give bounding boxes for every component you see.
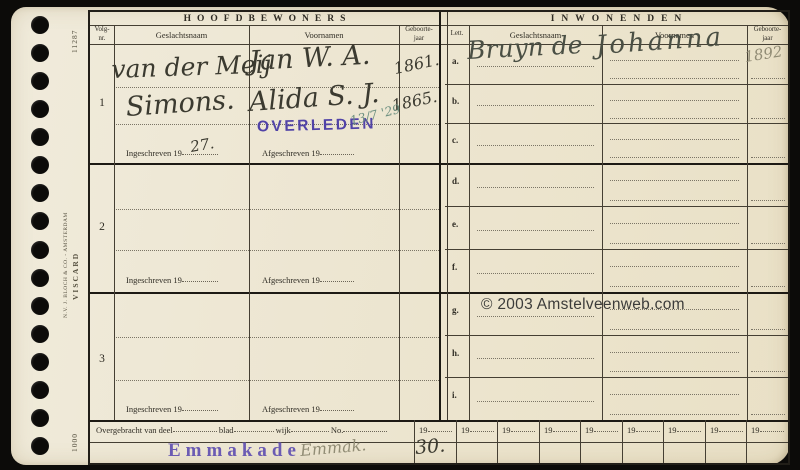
col-header-birthyear-right-line1: Geboorte-	[754, 26, 782, 34]
writing-line	[610, 180, 739, 181]
dot-leader	[173, 431, 217, 432]
punch-hole	[31, 16, 49, 34]
writing-line	[751, 200, 785, 201]
row-letter: g.	[452, 305, 459, 315]
year-col-1: 19	[419, 425, 452, 435]
row-number-3: 3	[90, 352, 114, 366]
year-label: 19	[544, 425, 553, 435]
emmakade-stamp: Emmakade	[168, 440, 301, 462]
dot-leader	[677, 431, 701, 432]
ingeschreven-row3: Ingeschreven 19	[126, 404, 218, 414]
stub-serial-bottom: 1000	[70, 420, 79, 452]
line	[456, 420, 457, 463]
writing-line	[610, 243, 739, 244]
hw-house-number: 30.	[414, 434, 446, 459]
writing-line	[610, 286, 739, 287]
year-col-8: 19	[710, 425, 743, 435]
overgebracht-label: Overgebracht van deel	[96, 425, 173, 435]
line	[399, 25, 400, 420]
writing-line	[610, 394, 739, 395]
line	[114, 25, 115, 420]
dot-leader	[760, 431, 784, 432]
dot-leader	[182, 410, 218, 411]
row-letter: d.	[452, 176, 459, 186]
year-col-4: 19	[544, 425, 577, 435]
dot-leader	[511, 431, 535, 432]
punch-hole	[31, 100, 49, 118]
dot-leader	[343, 431, 387, 432]
year-label: 19	[710, 425, 719, 435]
writing-line	[477, 66, 594, 67]
col-header-volgnr-line1: Volg-	[95, 26, 110, 34]
dot-leader	[320, 154, 354, 155]
line	[705, 420, 706, 463]
writing-line	[610, 78, 739, 79]
col-header-birthyear-left-line2: jaar	[414, 35, 424, 43]
line	[249, 25, 250, 420]
transfer-row: Overgebracht van deel blad wijk No.	[96, 425, 387, 435]
punch-hole	[31, 128, 49, 146]
blad-label: blad	[219, 425, 234, 435]
lodger-row-i: i.	[445, 377, 788, 420]
punch-hole	[31, 212, 49, 230]
writing-line	[610, 352, 739, 353]
year-col-6: 19	[627, 425, 660, 435]
writing-line	[610, 329, 739, 330]
punch-hole	[31, 241, 49, 259]
ingeschreven-label: Ingeschreven 19	[126, 404, 182, 414]
lodger-row-c: c.	[445, 123, 788, 163]
line	[90, 420, 788, 422]
ingeschreven-label: Ingeschreven 19	[126, 148, 182, 158]
year-col-2: 19	[461, 425, 494, 435]
dot-leader	[470, 431, 494, 432]
dot-leader	[594, 431, 618, 432]
writing-line	[116, 209, 439, 210]
writing-line	[610, 266, 739, 267]
afgeschreven-row2: Afgeschreven 19	[262, 275, 354, 285]
section-title-inwonenden: INWONENDEN	[445, 12, 788, 25]
punch-hole	[31, 184, 49, 202]
line	[746, 420, 747, 463]
hw-surname-1: van der Meij	[111, 49, 272, 84]
dot-leader	[182, 281, 218, 282]
col-header-birthyear-right-line2: jaar	[762, 35, 772, 43]
year-label: 19	[668, 425, 677, 435]
writing-line	[477, 230, 594, 231]
lodger-row-f: f.	[445, 249, 788, 292]
year-col-5: 19	[585, 425, 618, 435]
row-number-2: 2	[90, 220, 114, 234]
punch-hole	[31, 353, 49, 371]
line	[663, 420, 664, 463]
section-title-hoofdbewoners: HOOFDBEWONERS	[90, 12, 439, 25]
punch-hole	[31, 409, 49, 427]
writing-line	[477, 105, 594, 106]
writing-line	[610, 200, 739, 201]
writing-line	[751, 243, 785, 244]
year-label: 19	[502, 425, 511, 435]
punch-hole	[31, 72, 49, 90]
dot-leader	[291, 431, 329, 432]
writing-line	[477, 187, 594, 188]
col-header-birthyear-right: Geboorte- jaar	[747, 25, 788, 44]
year-label: 19	[627, 425, 636, 435]
line	[580, 420, 581, 463]
writing-line	[477, 358, 594, 359]
writing-line	[751, 329, 785, 330]
dot-leader	[428, 431, 452, 432]
line	[622, 420, 623, 463]
wijk-label: wijk	[276, 425, 291, 435]
afgeschreven-row1: Afgeschreven 19	[262, 148, 354, 158]
lodger-row-e: e.	[445, 206, 788, 249]
col-header-birthyear-left-line1: Geboorte-	[405, 26, 433, 34]
row-letter: f.	[452, 262, 457, 272]
punch-hole	[31, 381, 49, 399]
copyright-watermark: © 2003 Amstelveenweb.com	[481, 296, 685, 314]
writing-line	[751, 118, 785, 119]
writing-line	[751, 414, 785, 415]
year-col-3: 19	[502, 425, 535, 435]
year-col-9: 19	[751, 425, 784, 435]
writing-line	[477, 401, 594, 402]
year-label: 19	[751, 425, 760, 435]
punch-hole	[31, 297, 49, 315]
stub-serial-top: 11287	[70, 13, 79, 53]
afgeschreven-row3: Afgeschreven 19	[262, 404, 354, 414]
dot-leader	[553, 431, 577, 432]
col-header-birthyear-left: Geboorte- jaar	[399, 25, 439, 44]
lodger-row-h: h.	[445, 335, 788, 377]
dot-leader	[320, 281, 354, 282]
row-letter: e.	[452, 219, 458, 229]
col-header-volgnr: Volg- nr.	[90, 25, 114, 44]
writing-line	[751, 78, 785, 79]
writing-line	[610, 414, 739, 415]
row-letter: h.	[452, 348, 459, 358]
writing-line	[610, 371, 739, 372]
punch-hole	[31, 156, 49, 174]
ingeschreven-row2: Ingeschreven 19	[126, 275, 218, 285]
writing-line	[751, 371, 785, 372]
row-number-1: 1	[90, 96, 114, 110]
punch-hole	[31, 269, 49, 287]
afgeschreven-label: Afgeschreven 19	[262, 148, 320, 158]
writing-line	[751, 157, 785, 158]
writing-line	[610, 60, 739, 61]
row-letter: a.	[452, 56, 459, 66]
writing-line	[610, 118, 739, 119]
writing-line	[477, 145, 594, 146]
afgeschreven-label: Afgeschreven 19	[262, 404, 320, 414]
year-label: 19	[585, 425, 594, 435]
punch-hole	[31, 437, 49, 455]
writing-line	[610, 100, 739, 101]
writing-line	[610, 223, 739, 224]
writing-line	[477, 316, 594, 317]
stub-brand: VISCARD	[71, 180, 80, 300]
row-letter: i.	[452, 390, 457, 400]
no-label: No.	[331, 425, 344, 435]
col-header-volgnr-line2: nr.	[99, 35, 106, 43]
writing-line	[116, 380, 439, 381]
row-letter: c.	[452, 135, 458, 145]
col-header-lett: Lett.	[445, 25, 469, 44]
year-col-7: 19	[668, 425, 701, 435]
punch-hole	[31, 325, 49, 343]
afgeschreven-label: Afgeschreven 19	[262, 275, 320, 285]
line	[497, 420, 498, 463]
dot-leader	[636, 431, 660, 432]
writing-line	[610, 139, 739, 140]
row-letter: b.	[452, 96, 459, 106]
hw-firstnames-1: Jan W. A.	[248, 40, 371, 77]
year-label: 19	[419, 425, 428, 435]
dot-leader	[234, 431, 274, 432]
writing-line	[116, 337, 439, 338]
hw-lodger-surname: Bruyn de	[466, 30, 583, 65]
writing-line	[610, 157, 739, 158]
writing-line	[477, 273, 594, 274]
writing-line	[116, 250, 439, 251]
ingeschreven-label: Ingeschreven 19	[126, 275, 182, 285]
dot-leader	[320, 410, 354, 411]
scanned-registration-card: 11287 VISCARD N.V. J. BLOCH & CO. - AMST…	[0, 0, 800, 470]
punch-hole	[31, 44, 49, 62]
dot-leader	[719, 431, 743, 432]
year-label: 19	[461, 425, 470, 435]
writing-line	[751, 286, 785, 287]
lodger-row-d: d.	[445, 163, 788, 206]
col-header-surname-left: Geslachtsnaam	[114, 25, 249, 44]
stub-maker: N.V. J. BLOCH & CO. - AMSTERDAM	[63, 168, 69, 318]
lodger-row-b: b.	[445, 84, 788, 123]
line	[539, 420, 540, 463]
